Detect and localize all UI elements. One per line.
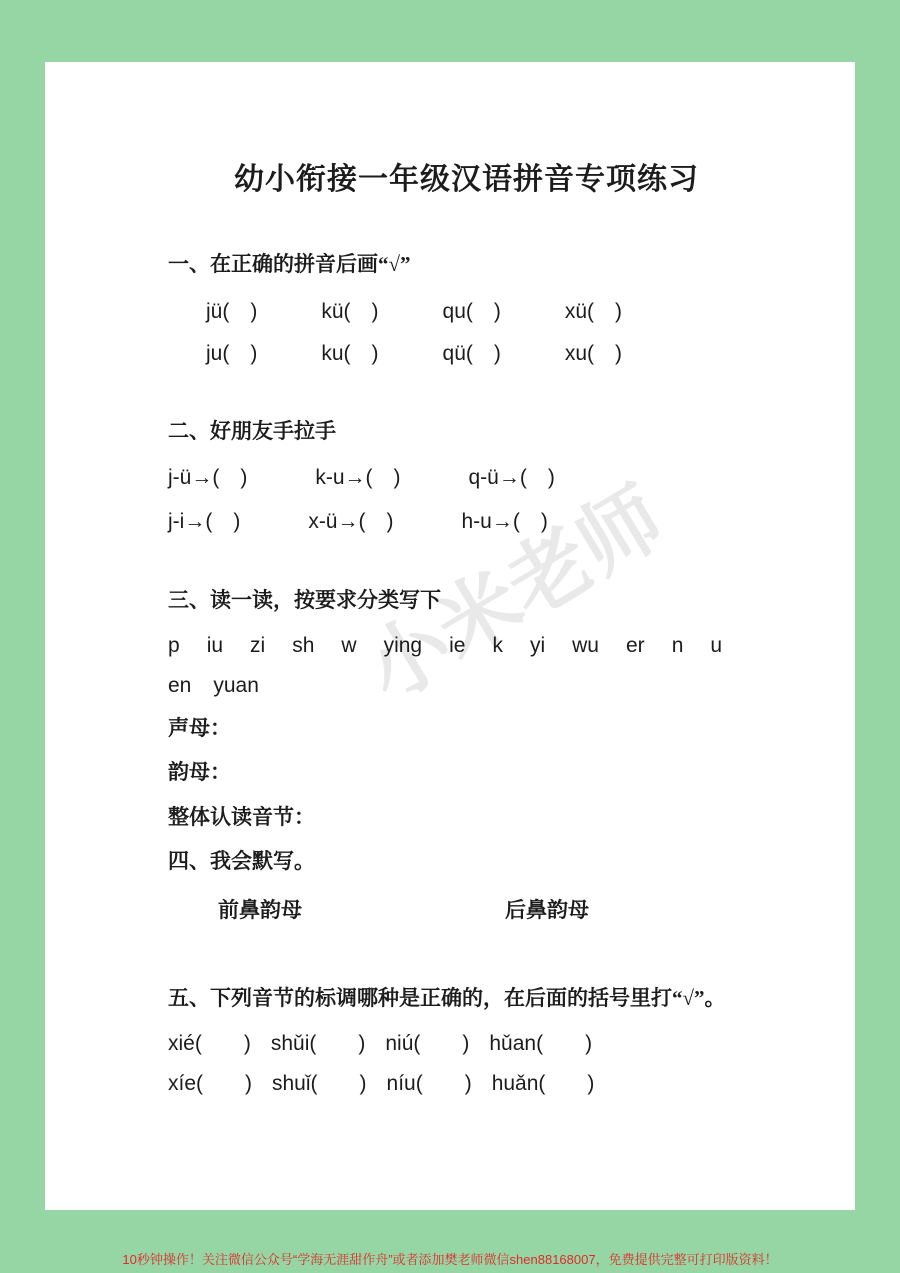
tone-choice-item: shuǐ( ) — [272, 1072, 367, 1095]
pinyin-combine-item: x-ü→( ) — [308, 510, 393, 533]
section-5-row-2: xíe( )shuǐ( )níu( )huǎn( ) — [168, 1072, 765, 1095]
pinyin-letter-item: yuan — [213, 674, 259, 697]
pinyin-combine-item: k-u→( ) — [315, 466, 400, 489]
pinyin-letter-item: u — [710, 634, 722, 657]
label-shengmu: 声母： — [168, 716, 765, 741]
pinyin-letter-item: ie — [449, 634, 465, 657]
pinyin-letter-item: ying — [384, 634, 423, 657]
section-4-heading: 四、我会默写。 — [168, 849, 765, 874]
section-2-heading: 二、好朋友手拉手 — [168, 419, 765, 444]
pinyin-letter-item: er — [626, 634, 645, 657]
section-4-columns: 前鼻韵母 后鼻韵母 — [168, 898, 765, 923]
worksheet-content: 幼小衔接一年级汉语拼音专项练习 一、在正确的拼音后画“√” jü( )kü( )… — [45, 165, 855, 1095]
tone-choice-item: huǎn( ) — [492, 1072, 595, 1095]
label-zhengti-yindu: 整体认读音节： — [168, 805, 765, 830]
pinyin-combine-item: j-i→( ) — [168, 510, 240, 533]
pinyin-choice-item: ku( ) — [321, 342, 378, 365]
section-3-letters-row-2: enyuan — [168, 674, 765, 697]
section-2-row-2: j-i→( )x-ü→( )h-u→( ) — [168, 510, 765, 533]
tone-choice-item: xíe( ) — [168, 1072, 252, 1095]
pinyin-choice-item: jü( ) — [206, 300, 257, 323]
pinyin-letter-item: en — [168, 674, 191, 697]
pinyin-combine-item: h-u→( ) — [461, 510, 547, 533]
section-1-row-1: jü( )kü( )qu( )xü( ) — [168, 300, 765, 323]
tone-choice-item: niú( ) — [385, 1032, 469, 1055]
pinyin-letter-item: iu — [207, 634, 223, 657]
pinyin-choice-item: qu( ) — [443, 300, 501, 323]
pinyin-letter-item: wu — [572, 634, 599, 657]
tone-choice-item: xié( ) — [168, 1032, 251, 1055]
section-5-heading: 五、下列音节的标调哪种是正确的，在后面的括号里打“√”。 — [168, 986, 765, 1011]
pinyin-combine-item: j-ü→( ) — [168, 466, 247, 489]
col-back-nasal-finals: 后鼻韵母 — [505, 898, 589, 923]
pinyin-letter-item: zi — [250, 634, 265, 657]
pinyin-letter-item: sh — [292, 634, 314, 657]
section-1-row-2: ju( )ku( )qü( )xu( ) — [168, 342, 765, 365]
pinyin-letter-item: w — [341, 634, 356, 657]
pinyin-choice-item: xü( ) — [565, 300, 622, 323]
label-yunmu: 韵母： — [168, 760, 765, 785]
section-2-row-1: j-ü→( )k-u→( )q-ü→( ) — [168, 466, 765, 489]
pinyin-choice-item: qü( ) — [443, 342, 501, 365]
pinyin-letter-item: p — [168, 634, 180, 657]
pinyin-letter-item: yi — [530, 634, 545, 657]
section-5-row-1: xié( )shǔi( )niú( )hǔan( ) — [168, 1032, 765, 1055]
section-3-letters-row-1: piuzishwyingiekyiwuernu — [168, 634, 765, 657]
tone-choice-item: hǔan( ) — [489, 1032, 592, 1055]
col-front-nasal-finals: 前鼻韵母 — [218, 898, 302, 923]
pinyin-combine-item: q-ü→( ) — [469, 466, 555, 489]
footer-promo-text: 10秒钟操作！关注微信公众号“学海无涯甜作舟”或者添加樊老师微信shen8816… — [0, 1249, 900, 1268]
pinyin-choice-item: ju( ) — [206, 342, 257, 365]
worksheet-page: 小米老师 幼小衔接一年级汉语拼音专项练习 一、在正确的拼音后画“√” jü( )… — [45, 62, 855, 1210]
section-3-heading: 三、读一读，按要求分类写下 — [168, 588, 765, 613]
pinyin-choice-item: kü( ) — [321, 300, 378, 323]
section-1-heading: 一、在正确的拼音后画“√” — [168, 252, 765, 277]
page-title: 幼小衔接一年级汉语拼音专项练习 — [168, 165, 765, 195]
tone-choice-item: shǔi( ) — [271, 1032, 366, 1055]
pinyin-letter-item: k — [492, 634, 503, 657]
tone-choice-item: níu( ) — [387, 1072, 472, 1095]
pinyin-choice-item: xu( ) — [565, 342, 622, 365]
green-border-frame: 小米老师 幼小衔接一年级汉语拼音专项练习 一、在正确的拼音后画“√” jü( )… — [0, 0, 900, 1273]
pinyin-letter-item: n — [672, 634, 684, 657]
